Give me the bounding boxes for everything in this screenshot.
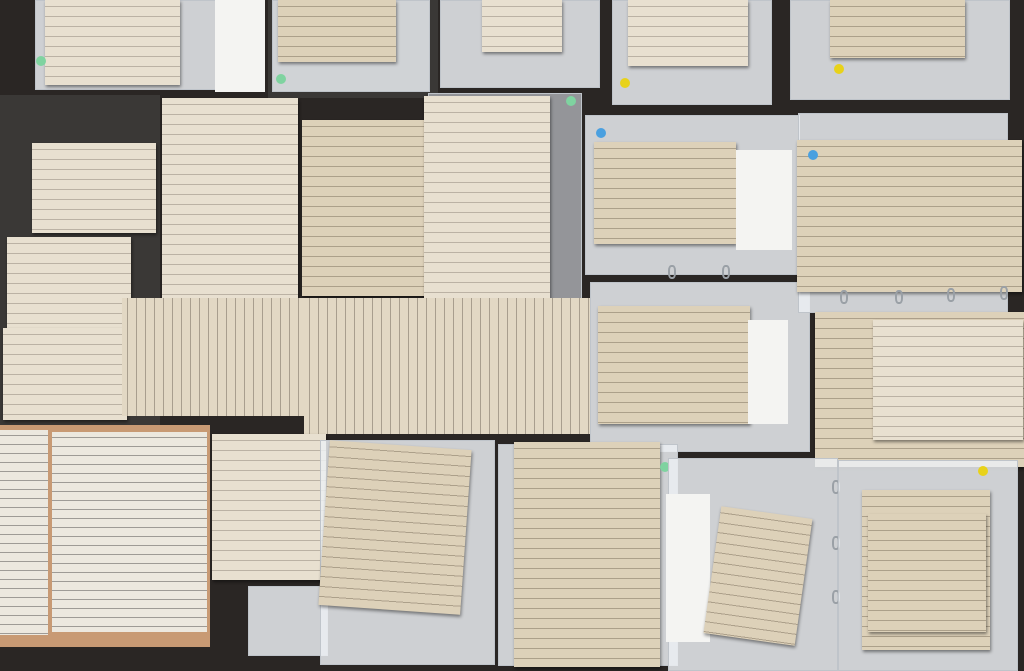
typed-pages-stack — [0, 430, 48, 635]
manuscript-strip — [122, 298, 306, 416]
blue-tab — [808, 150, 818, 160]
manuscript-page — [278, 0, 396, 62]
manuscript-page — [514, 442, 660, 667]
yellow-tab — [978, 466, 988, 476]
manuscript-caricature — [3, 328, 127, 420]
binder-ring — [1000, 286, 1008, 300]
manuscript-page — [797, 140, 1022, 292]
manuscript-page-torn — [424, 96, 550, 300]
empty-sleeve — [248, 586, 328, 656]
manuscript-page — [7, 237, 131, 329]
binder-ring — [668, 265, 676, 279]
stage-sketch — [212, 434, 326, 580]
manuscript-page — [32, 143, 156, 233]
manuscript-page — [482, 0, 562, 52]
manuscript-sketch — [628, 0, 748, 66]
manuscript-page — [594, 142, 736, 244]
binder-ring — [895, 290, 903, 304]
yellow-tab — [620, 78, 630, 88]
loose-sheet — [736, 150, 792, 250]
manuscript-page-tilted — [704, 506, 813, 646]
manuscript-page — [45, 0, 180, 85]
loose-sheet — [215, 0, 265, 92]
manuscript-page — [598, 306, 750, 424]
typed-page-annotated — [52, 432, 207, 632]
loose-sheet — [748, 320, 788, 424]
manuscript-page — [868, 514, 986, 632]
manuscript-page — [830, 0, 965, 58]
manuscript-page-torn — [302, 120, 426, 296]
manuscript-page-large — [162, 98, 298, 300]
green-tab — [36, 56, 46, 66]
manuscript-strip — [304, 298, 590, 434]
blue-tab — [596, 128, 606, 138]
yellow-tab — [834, 64, 844, 74]
green-tab — [566, 96, 576, 106]
binder-ring — [722, 265, 730, 279]
binder-ring — [947, 288, 955, 302]
binder-ring — [840, 290, 848, 304]
manuscript-page — [873, 320, 1023, 440]
green-tab — [276, 74, 286, 84]
manuscript-page-tilted — [318, 440, 471, 615]
loose-sheet — [666, 494, 710, 642]
